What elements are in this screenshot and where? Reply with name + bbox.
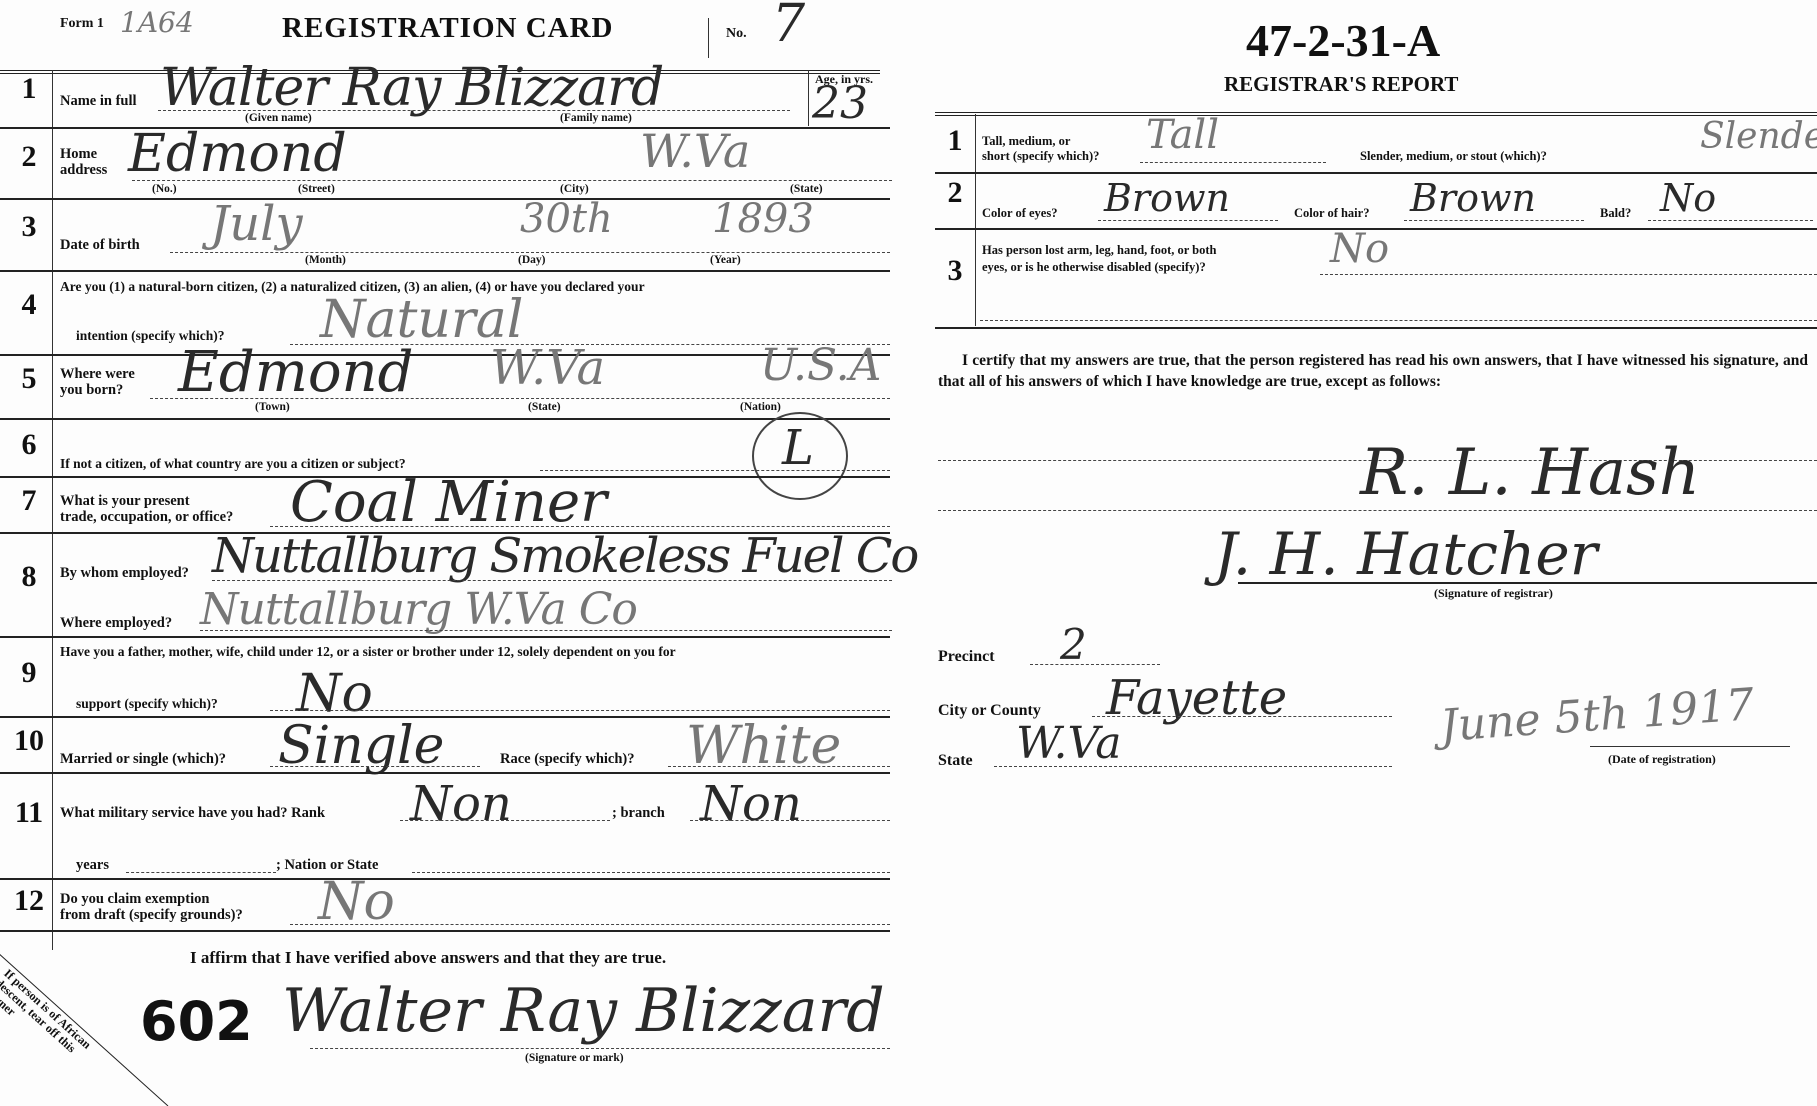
q9-label: support (specify which)? <box>76 696 218 711</box>
question-number: 3 <box>936 254 974 288</box>
q10-race-answer: White <box>686 716 841 776</box>
q10-race-label: Race (specify which)? <box>500 752 635 767</box>
registration-date: June 5th 1917 <box>1439 679 1756 752</box>
q5-label: you born? <box>60 383 123 398</box>
caption: (State) <box>528 401 561 413</box>
q3-answer-day: 30th <box>520 196 613 242</box>
r3-label: eyes, or is he otherwise disabled (speci… <box>982 260 1206 275</box>
divider <box>708 18 709 58</box>
card-title: REGISTRATION CARD <box>282 12 613 45</box>
row-rule <box>0 354 890 356</box>
q2-answer-state: W.Va <box>640 124 750 178</box>
q11-branch-answer: Non <box>700 776 802 832</box>
answer-line <box>980 320 1817 321</box>
answer-line <box>400 820 610 821</box>
tear-off-corner: If person is of African descent, tear of… <box>0 945 170 1106</box>
signature-line <box>1238 582 1817 584</box>
answer-line <box>994 766 1392 767</box>
answer-line <box>412 872 890 873</box>
q12-answer: No <box>318 872 395 932</box>
question-number: 5 <box>10 362 48 396</box>
precinct-label: Precinct <box>938 648 995 666</box>
question-number: 2 <box>10 140 48 174</box>
certification-text: I certify that my answers are true, that… <box>938 350 1808 392</box>
q8-employer-label: By whom employed? <box>60 566 189 581</box>
answer-line <box>126 872 276 873</box>
signature-line <box>310 1048 890 1049</box>
date-line <box>1590 746 1790 747</box>
no-value: 7 <box>772 0 805 54</box>
answer-line <box>1092 716 1392 717</box>
question-number: 6 <box>10 428 48 462</box>
question-number: 9 <box>10 656 48 690</box>
q10-married-answer: Single <box>278 716 444 776</box>
q1-label: Name in full <box>60 94 137 109</box>
answer-line <box>290 924 890 925</box>
state-value: W.Va <box>1016 718 1122 769</box>
caption: (Month) <box>305 254 346 266</box>
r1-label: short (specify which)? <box>982 149 1099 164</box>
q5-label: Where were <box>60 367 135 382</box>
form-label: Form 1 <box>60 16 104 32</box>
answer-line <box>150 398 890 399</box>
r2-hair-label: Color of hair? <box>1294 206 1369 221</box>
answer-line <box>212 580 892 581</box>
caption: (Family name) <box>560 112 632 124</box>
r3-answer: No <box>1330 226 1389 272</box>
answer-line <box>1030 664 1160 665</box>
q1-answer: Walter Ray Blizzard <box>160 58 663 118</box>
r3-label: Has person lost arm, leg, hand, foot, or… <box>982 243 1217 258</box>
answer-line <box>1320 274 1817 275</box>
q8-where-label: Where employed? <box>60 616 172 631</box>
q2-label: address <box>60 163 107 178</box>
q7-label: trade, occupation, or office? <box>60 510 233 525</box>
answer-line <box>132 180 892 181</box>
question-number: 8 <box>10 560 48 594</box>
q6-label: If not a citizen, of what country are yo… <box>60 456 406 471</box>
q5-answer-town: Edmond <box>178 340 413 405</box>
answer-line <box>158 110 790 111</box>
r2-eyes-label: Color of eyes? <box>982 206 1057 221</box>
question-number: 7 <box>10 484 48 518</box>
q5-answer-state: W.Va <box>490 340 605 396</box>
caption: (Given name) <box>245 112 312 124</box>
precinct-value: 2 <box>1060 620 1087 669</box>
q3-answer-month: July <box>210 196 303 252</box>
caption: (City) <box>560 183 589 195</box>
caption: (Year) <box>710 254 741 266</box>
row-rule <box>935 172 1817 174</box>
r1-label: Tall, medium, or <box>982 134 1070 149</box>
question-number: 2 <box>936 176 974 210</box>
caption: (Street) <box>298 183 335 195</box>
answer-line <box>1404 220 1584 221</box>
answer-line <box>270 766 480 767</box>
q8-where-answer: Nuttallburg W.Va Co <box>200 584 637 635</box>
date-caption: (Date of registration) <box>1608 752 1716 767</box>
draft-registration-card: Form 1 1A64 REGISTRATION CARD No. 7 Age,… <box>0 0 1817 1106</box>
r1-answer: Tall <box>1146 112 1219 158</box>
q11-branch-label: ; branch <box>612 806 665 821</box>
q9-label: Have you a father, mother, wife, child u… <box>60 644 676 659</box>
question-number: 4 <box>10 288 48 322</box>
row-rule <box>935 327 1817 329</box>
q8-employer-answer: Nuttallburg Smokeless Fuel Co <box>212 528 917 584</box>
row-rule <box>0 636 890 638</box>
rule <box>935 112 1817 116</box>
question-number: 1 <box>936 124 974 158</box>
registrar-signature-caption: (Signature of registrar) <box>1434 586 1553 601</box>
exception-line <box>938 510 1817 511</box>
r1-build-answer: Slender <box>1700 116 1817 157</box>
q10-married-label: Married or single (which)? <box>60 752 226 767</box>
county-value: Fayette <box>1106 670 1287 726</box>
q2-label: Home <box>60 147 97 162</box>
caption: (Town) <box>255 401 290 413</box>
question-number: 1 <box>10 72 48 106</box>
q11-rank-answer: Non <box>410 776 512 832</box>
margin-rule <box>975 114 976 326</box>
no-label: No. <box>726 26 747 42</box>
registrant-signature: Walter Ray Blizzard <box>282 976 885 1046</box>
row-rule <box>0 930 890 932</box>
age-value: 23 <box>812 78 868 129</box>
state-label: State <box>938 752 973 770</box>
answer-line <box>270 710 890 711</box>
q3-answer-year: 1893 <box>712 196 814 242</box>
question-number: 10 <box>10 724 48 758</box>
question-number: 3 <box>10 210 48 244</box>
answer-line <box>1098 220 1278 221</box>
margin-rule <box>52 70 53 950</box>
q12-label: from draft (specify grounds)? <box>60 908 243 923</box>
r1-build-label: Slender, medium, or stout (which)? <box>1360 149 1547 164</box>
caption: (State) <box>790 183 823 195</box>
q11-years-label: years <box>76 858 109 873</box>
q12-label: Do you claim exemption <box>60 892 209 907</box>
r2-bald-answer: No <box>1660 176 1716 220</box>
handwritten-serial: 1A64 <box>120 6 194 39</box>
q3-label: Date of birth <box>60 238 140 253</box>
answer-line <box>200 630 892 631</box>
answer-line <box>1648 220 1813 221</box>
row-rule <box>0 878 890 880</box>
registrar-signature-2: J. H. Hatcher <box>1214 520 1597 588</box>
q11-nation-label: ; Nation or State <box>276 858 378 873</box>
r2-bald-label: Bald? <box>1600 206 1631 221</box>
affirmation-text: I affirm that I have verified above answ… <box>190 948 666 968</box>
r2-eyes-answer: Brown <box>1104 176 1230 220</box>
question-number: 12 <box>10 884 48 918</box>
answer-line <box>690 820 890 821</box>
row-rule <box>0 418 890 420</box>
registrar-title: REGISTRAR'S REPORT <box>1224 72 1458 97</box>
caption: (Nation) <box>740 401 781 413</box>
answer-line <box>668 766 890 767</box>
q9-answer: No <box>296 664 373 724</box>
question-number: 11 <box>10 796 48 830</box>
corner-note: If person is of African descent, tear of… <box>0 967 99 1076</box>
circled-mark-glyph: L <box>782 420 814 476</box>
answer-line <box>1140 162 1326 163</box>
row-rule <box>0 270 890 272</box>
q5-answer-nation: U.S.A <box>760 340 881 391</box>
q7-label: What is your present <box>60 494 190 509</box>
registrar-serial: 47-2-31-A <box>1246 14 1440 67</box>
signature-caption: (Signature or mark) <box>525 1052 624 1064</box>
divider <box>808 70 809 126</box>
q2-answer-city: Edmond <box>128 124 347 184</box>
answer-line <box>270 526 890 527</box>
answer-line <box>170 252 890 253</box>
q11-rank-label: What military service have you had? Rank <box>60 806 325 821</box>
row-rule <box>0 772 890 774</box>
r2-hair-answer: Brown <box>1410 176 1536 220</box>
registrar-signature-1: R. L. Hash <box>1360 436 1700 510</box>
caption: (Day) <box>518 254 545 266</box>
caption: (No.) <box>152 183 177 195</box>
